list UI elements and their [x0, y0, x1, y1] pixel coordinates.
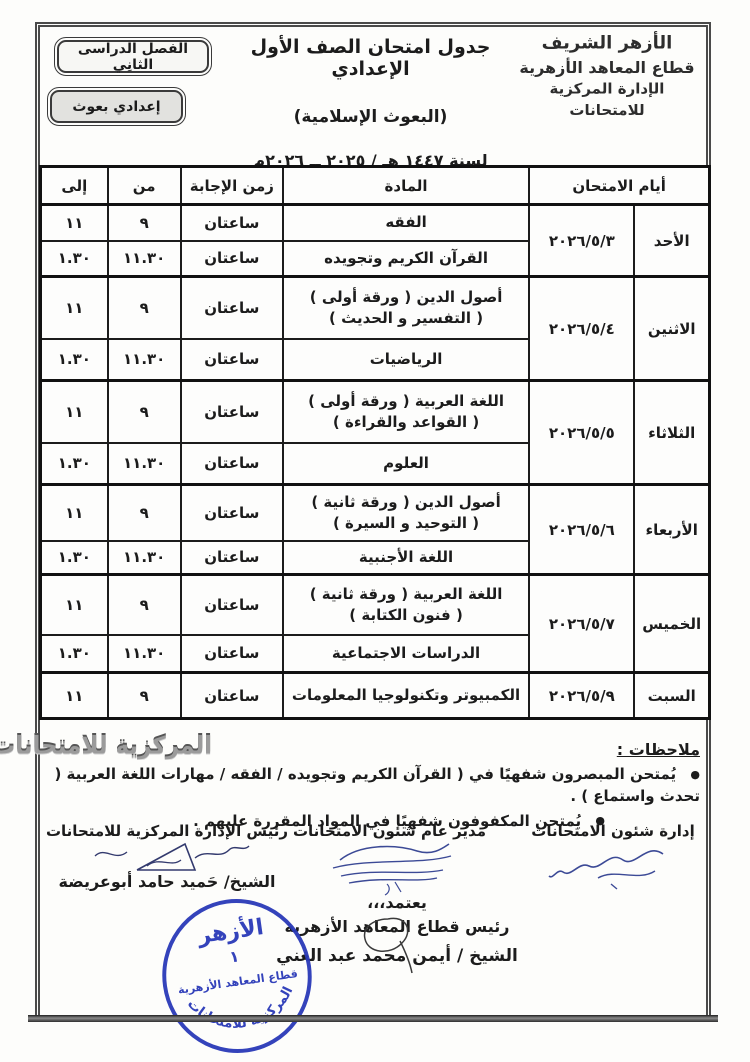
exam-day-cell: الأربعاء: [634, 485, 709, 575]
signature-block-exams-affairs: إدارة شئون الامتحانات: [518, 822, 708, 890]
notes-section: ملاحظات : ● يُمتحن المبصرون شفهيًا في ( …: [50, 740, 700, 835]
exam-date-cell: ٢٠٢٦/٥/٧: [529, 575, 634, 673]
exam-day-cell: الأحد: [634, 205, 709, 277]
subject-cell: أصول الدين ( ورقة أولى ) ( التفسير و الح…: [283, 277, 529, 339]
to-cell: ١١: [41, 485, 108, 541]
stamp-line-1: الأزهر: [195, 912, 265, 949]
from-cell: ٩: [108, 277, 181, 339]
from-cell: ١١.٣٠: [108, 339, 181, 381]
to-cell: ١.٣٠: [41, 241, 108, 277]
subject-cell: العلوم: [283, 443, 529, 485]
org-line-2: قطاع المعاهد الأزهرية: [512, 56, 702, 79]
exam-date-cell: ٢٠٢٦/٥/٩: [529, 673, 634, 719]
from-cell: ٩: [108, 485, 181, 541]
signature-scribble: [543, 838, 683, 890]
exam-day-cell: السبت: [634, 673, 709, 719]
duration-cell: ساعتان: [181, 381, 283, 443]
duration-cell: ساعتان: [181, 241, 283, 277]
subject-cell: الرياضيات: [283, 339, 529, 381]
subject-cell: الدراسات الاجتماعية: [283, 635, 529, 673]
from-cell: ١١.٣٠: [108, 241, 181, 277]
stage-badge: إعدادي بعوث: [50, 90, 183, 123]
table-row: الأحد ٢٠٢٦/٥/٣ الفقه ساعتان ٩ ١١: [41, 205, 710, 241]
table-row: السبت ٢٠٢٦/٥/٩ الكمبيوتر وتكنولوجيا المع…: [41, 673, 710, 719]
table-row: الأربعاء ٢٠٢٦/٥/٦ أصول الدين ( ورقة ثاني…: [41, 485, 710, 541]
exam-date-cell: ٢٠٢٦/٥/٥: [529, 381, 634, 485]
subject-cell: اللغة العربية ( ورقة أولى ) ( القواعد وا…: [283, 381, 529, 443]
table-header-row: أيام الامتحان المادة زمن الإجابة من إلى: [41, 167, 710, 205]
exam-day-cell: الاثنين: [634, 277, 709, 381]
to-cell: ١١: [41, 205, 108, 241]
to-cell: ١١: [41, 673, 108, 719]
duration-cell: ساعتان: [181, 205, 283, 241]
duration-cell: ساعتان: [181, 673, 283, 719]
signatory-name: الشيخ/ حَميد حامد أبوعريضة: [38, 872, 296, 891]
duration-cell: ساعتان: [181, 485, 283, 541]
from-cell: ٩: [108, 205, 181, 241]
bullet-icon: ●: [690, 768, 700, 781]
page-bottom-rule: [28, 1015, 718, 1022]
exam-day-cell: الثلاثاء: [634, 381, 709, 485]
duration-cell: ساعتان: [181, 635, 283, 673]
exam-date-cell: ٢٠٢٦/٥/٦: [529, 485, 634, 575]
subject-cell: أصول الدين ( ورقة ثانية ) ( التوحيد و ال…: [283, 485, 529, 541]
header-duration: زمن الإجابة: [181, 167, 283, 205]
duration-cell: ساعتان: [181, 575, 283, 635]
signature-scribble: [352, 913, 422, 975]
note-item: ● يُمتحن المبصرون شفهيًا في ( القرآن الك…: [50, 764, 700, 808]
header-exam-days: أيام الامتحان: [529, 167, 709, 205]
stamp-line-2: ١: [228, 946, 240, 966]
to-cell: ١١: [41, 381, 108, 443]
duration-cell: ساعتان: [181, 277, 283, 339]
signature-block-director-general: مدير عام شئون الامتحانات: [287, 822, 492, 896]
from-cell: ١١.٣٠: [108, 635, 181, 673]
header-from: من: [108, 167, 181, 205]
header-subject: المادة: [283, 167, 529, 205]
from-cell: ١١.٣٠: [108, 443, 181, 485]
duration-cell: ساعتان: [181, 339, 283, 381]
page-subtitle: (البعوث الإسلامية): [218, 107, 523, 127]
signature-title: مدير عام شئون الامتحانات: [287, 822, 492, 840]
subject-cell: اللغة الأجنبية: [283, 541, 529, 575]
to-cell: ١.٣٠: [41, 541, 108, 575]
page-title: جدول امتحان الصف الأول الإعدادي: [218, 36, 523, 80]
table-row: الخميس ٢٠٢٦/٥/٧ اللغة العربية ( ورقة ثان…: [41, 575, 710, 635]
org-line-1: الأزهر الشريف: [512, 31, 702, 57]
header-titles: جدول امتحان الصف الأول الإعدادي (البعوث …: [218, 36, 523, 170]
subject-cell: اللغة العربية ( ورقة ثانية ) ( فنون الكت…: [283, 575, 529, 635]
azhar-round-stamp: الأزهر ١ قطاع المعاهد الأزهرية المركزية …: [148, 887, 326, 1062]
table-row: الثلاثاء ٢٠٢٦/٥/٥ اللغة العربية ( ورقة أ…: [41, 381, 710, 443]
to-cell: ١.٣٠: [41, 635, 108, 673]
note-text: يُمتحن المبصرون شفهيًا في ( القرآن الكري…: [54, 765, 700, 805]
signature-title: إدارة شئون الامتحانات: [518, 822, 708, 840]
signature-scribble: [315, 838, 465, 896]
subject-cell: الفقه: [283, 205, 529, 241]
to-cell: ١١: [41, 575, 108, 635]
from-cell: ١١.٣٠: [108, 541, 181, 575]
semester-badge: الفصل الدراسى الثانِي: [57, 40, 209, 73]
from-cell: ٩: [108, 673, 181, 719]
to-cell: ١١: [41, 277, 108, 339]
to-cell: ١.٣٠: [41, 443, 108, 485]
duration-cell: ساعتان: [181, 541, 283, 575]
header-to: إلى: [41, 167, 108, 205]
duration-cell: ساعتان: [181, 443, 283, 485]
signature-block-central-admin-head: رئيس الإدارة المركزية للامتحانات الشيخ/ …: [38, 822, 296, 891]
subject-cell: الكمبيوتر وتكنولوجيا المعلومات: [283, 673, 529, 719]
exam-schedule-document: { "page": { "semester_badge": "الفصل الد…: [0, 0, 750, 1062]
notes-heading: ملاحظات :: [50, 740, 700, 759]
exam-day-cell: الخميس: [634, 575, 709, 673]
from-cell: ٩: [108, 575, 181, 635]
to-cell: ١.٣٠: [41, 339, 108, 381]
azhar-org-logo: الأزهر الشريف قطاع المعاهد الأزهرية الإد…: [512, 31, 702, 122]
from-cell: ٩: [108, 381, 181, 443]
signature-title: رئيس الإدارة المركزية للامتحانات: [38, 822, 296, 840]
subject-cell: القرآن الكريم وتجويده: [283, 241, 529, 277]
exam-date-cell: ٢٠٢٦/٥/٣: [529, 205, 634, 277]
exam-date-cell: ٢٠٢٦/٥/٤: [529, 277, 634, 381]
table-row: الاثنين ٢٠٢٦/٥/٤ أصول الدين ( ورقة أولى …: [41, 277, 710, 339]
exam-schedule-table: أيام الامتحان المادة زمن الإجابة من إلى …: [39, 165, 711, 720]
org-line-3: الإدارة المركزية للامتحانات: [512, 79, 702, 122]
